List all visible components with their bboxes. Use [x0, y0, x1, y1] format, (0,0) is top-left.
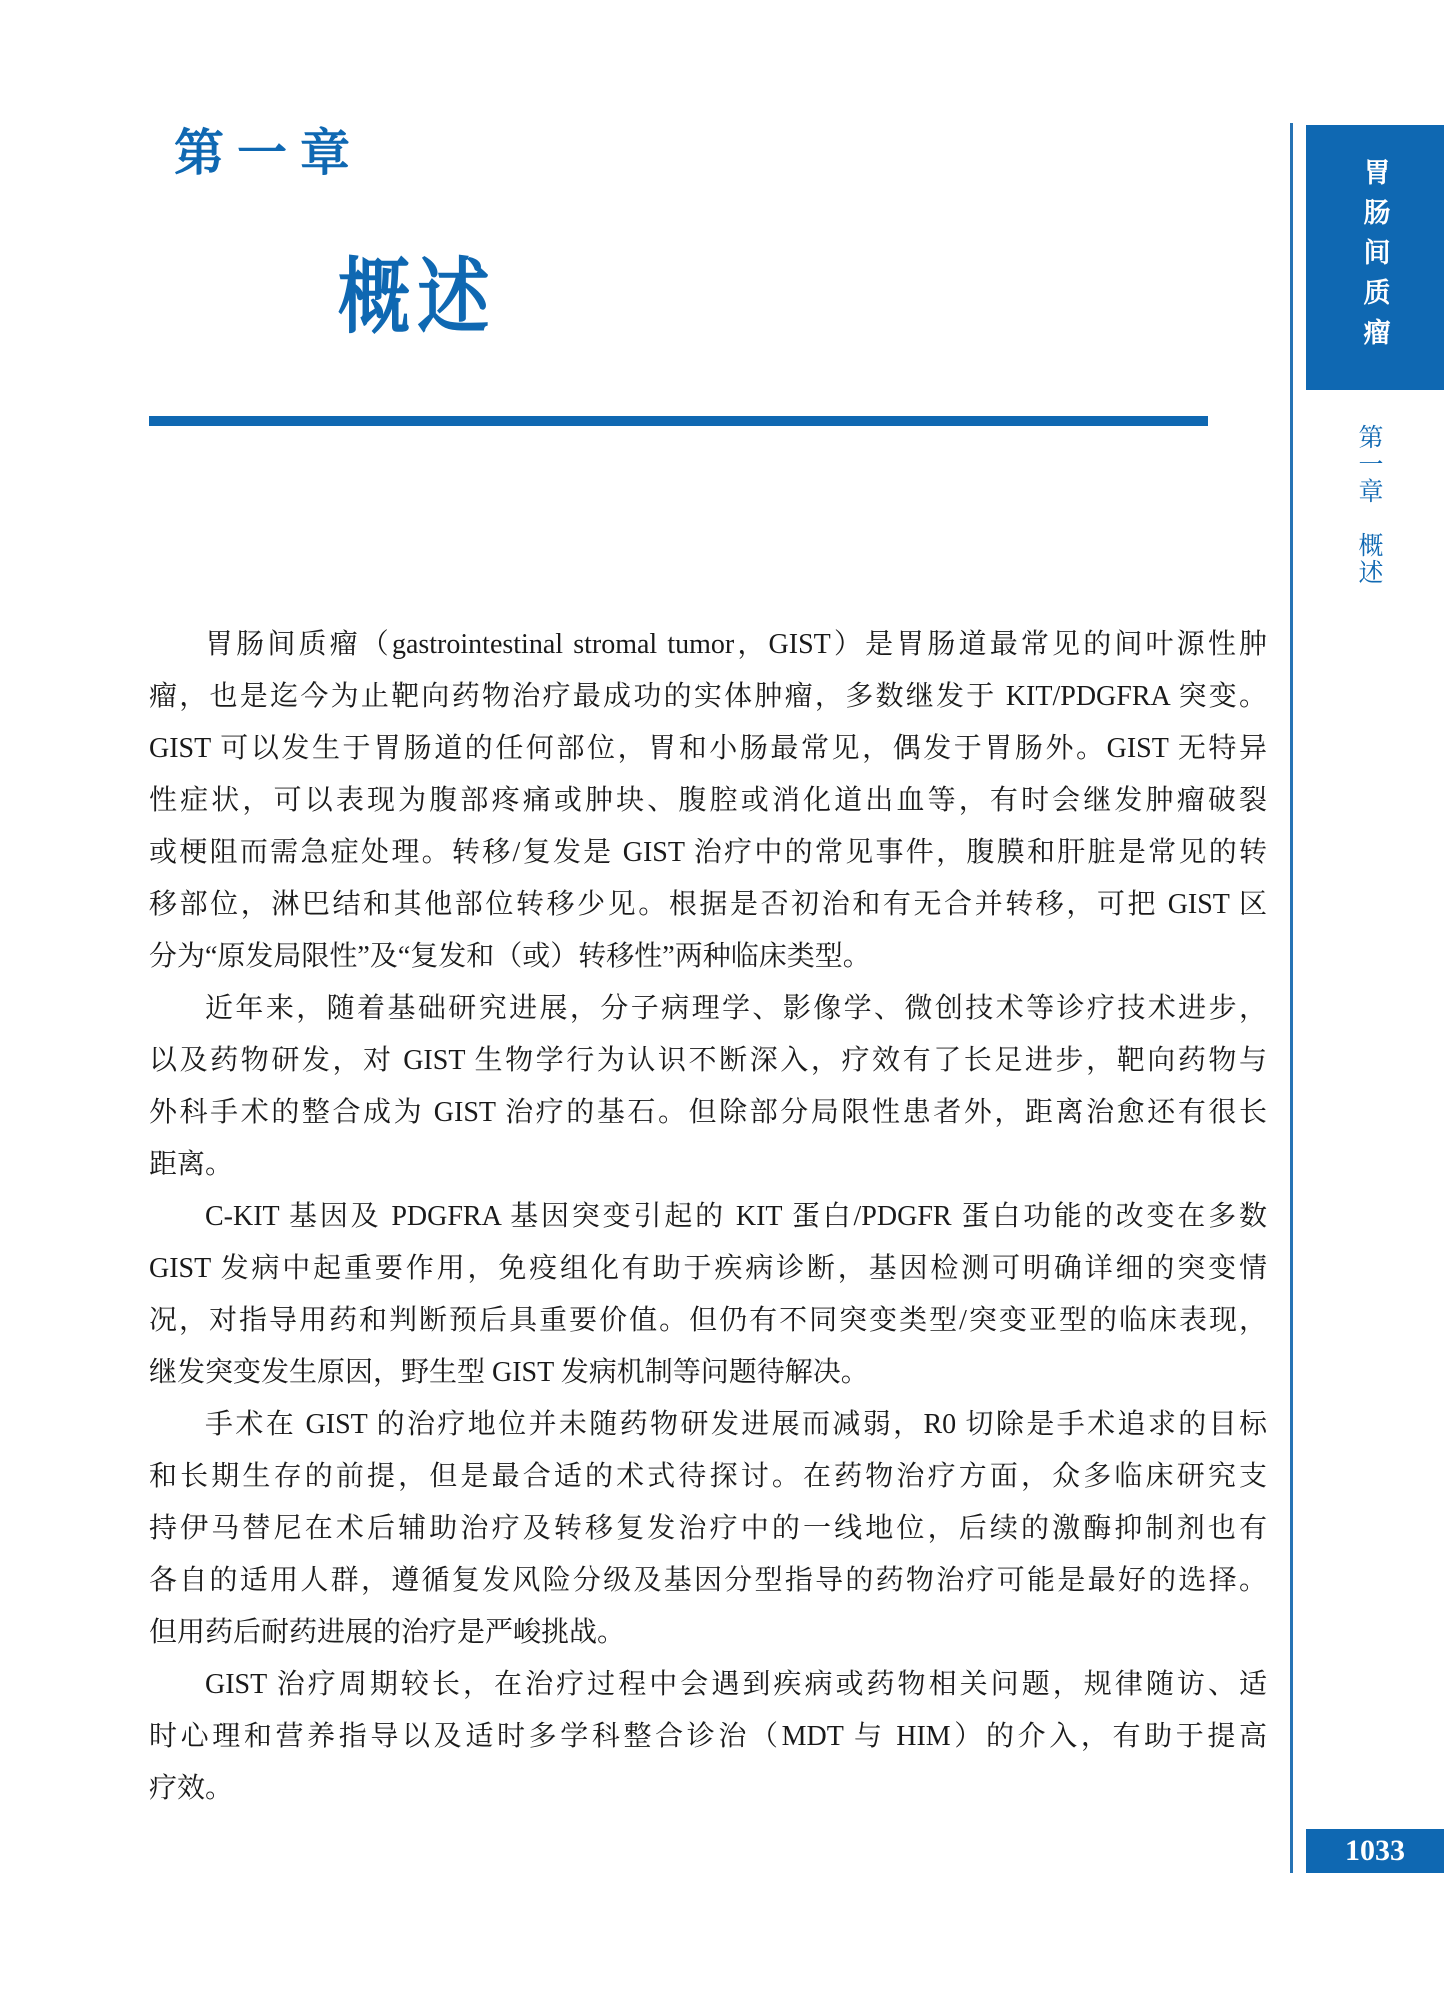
chapter-number: 第一章: [174, 122, 363, 184]
chapter-title: 概述: [338, 252, 496, 344]
body-line: 和长期生存的前提，但是最合适的术式待探讨。在药物治疗方面，众多临床研究支: [149, 1451, 1267, 1503]
body-text: 胃肠间质瘤（gastrointestinal stromal tumor，GIS…: [149, 619, 1267, 1815]
body-line: 瘤，也是迄今为止靶向药物治疗最成功的实体肿瘤，多数继发于 KIT/PDGFRA …: [149, 671, 1267, 723]
sidebar-divider-line: [1290, 123, 1293, 1873]
page-number-badge: 1033: [1306, 1829, 1444, 1873]
section-tab-label: 胃肠间质瘤: [1356, 158, 1395, 358]
body-line: GIST 发病中起重要作用，免疫组化有助于疾病诊断，基因检测可明确详细的突变情: [149, 1243, 1267, 1295]
page-number: 1033: [1345, 1834, 1405, 1868]
body-line: 疗效。: [149, 1763, 1267, 1815]
body-line: 近年来，随着基础研究进展，分子病理学、影像学、微创技术等诊疗技术进步，: [149, 983, 1267, 1035]
body-line: 况，对指导用药和判断预后具重要价值。但仍有不同突变类型/突变亚型的临床表现，: [149, 1295, 1267, 1347]
body-line: GIST 治疗周期较长，在治疗过程中会遇到疾病或药物相关问题，规律随访、适: [149, 1659, 1267, 1711]
body-line: GIST 可以发生于胃肠道的任何部位，胃和小肠最常见，偶发于胃肠外。GIST 无…: [149, 723, 1267, 775]
body-line: 手术在 GIST 的治疗地位并未随药物研发进展而减弱，R0 切除是手术追求的目标: [149, 1399, 1267, 1451]
body-line: 分为“原发局限性”及“复发和（或）转移性”两种临床类型。: [149, 931, 1267, 983]
title-rule: [149, 416, 1208, 426]
body-line: 性症状，可以表现为腹部疼痛或肿块、腹腔或消化道出血等，有时会继发肿瘤破裂: [149, 775, 1267, 827]
body-line: 但用药后耐药进展的治疗是严峻挑战。: [149, 1607, 1267, 1659]
body-line: C-KIT 基因及 PDGFRA 基因突变引起的 KIT 蛋白/PDGFR 蛋白…: [149, 1191, 1267, 1243]
book-page: 第一章 概述 胃肠间质瘤（gastrointestinal stromal tu…: [0, 0, 1444, 2010]
body-line: 持伊马替尼在术后辅助治疗及转移复发治疗中的一线地位，后续的激酶抑制剂也有: [149, 1503, 1267, 1555]
body-line: 各自的适用人群，遵循复发风险分级及基因分型指导的药物治疗可能是最好的选择。: [149, 1555, 1267, 1607]
body-line: 以及药物研发，对 GIST 生物学行为认识不断深入，疗效有了长足进步，靶向药物与: [149, 1035, 1267, 1087]
section-tab: 胃肠间质瘤: [1306, 125, 1444, 390]
sidebar-chapter-ref: 第一章 概述: [1350, 424, 1386, 586]
body-line: 继发突变发生原因，野生型 GIST 发病机制等问题待解决。: [149, 1347, 1267, 1399]
body-line: 胃肠间质瘤（gastrointestinal stromal tumor，GIS…: [149, 619, 1267, 671]
body-line: 移部位，淋巴结和其他部位转移少见。根据是否初治和有无合并转移，可把 GIST 区: [149, 879, 1267, 931]
body-line: 或梗阻而需急症处理。转移/复发是 GIST 治疗中的常见事件，腹膜和肝脏是常见的…: [149, 827, 1267, 879]
body-line: 外科手术的整合成为 GIST 治疗的基石。但除部分局限性患者外，距离治愈还有很长: [149, 1087, 1267, 1139]
body-line: 距离。: [149, 1139, 1267, 1191]
body-line: 时心理和营养指导以及适时多学科整合诊治（MDT 与 HIM）的介入，有助于提高: [149, 1711, 1267, 1763]
